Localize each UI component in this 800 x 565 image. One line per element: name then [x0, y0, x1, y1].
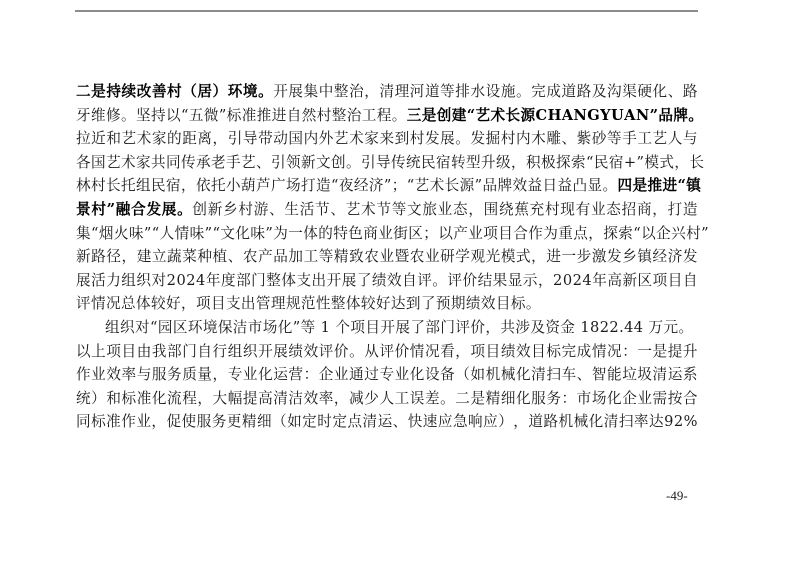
body-text: 定	[332, 410, 347, 434]
body-text: 服	[197, 410, 212, 434]
body-text: 模	[644, 151, 659, 175]
body-text: 和	[106, 387, 121, 411]
body-text: 需	[653, 387, 668, 411]
body-text: 效	[516, 340, 531, 364]
body-text: 等	[319, 245, 334, 269]
bold-text: 品	[658, 104, 673, 128]
body-text: 道	[528, 410, 543, 434]
body-text: 标	[122, 387, 137, 411]
body-text: 准	[137, 387, 152, 411]
body-text: 式	[659, 151, 674, 175]
body-text: 烟	[99, 222, 114, 246]
body-text: 门	[251, 269, 266, 293]
body-text: 凸	[573, 174, 588, 198]
body-text: 、	[228, 245, 243, 269]
body-text: 对	[151, 269, 166, 293]
bold-text: 村	[167, 80, 182, 104]
body-text: 理	[395, 80, 410, 104]
body-text: 洁	[288, 387, 303, 411]
text-line: 牙维修。坚持以“五微”标准推进自然村整治工程。三是创建“艺术长源 CHANGYU…	[76, 104, 698, 128]
body-text: 经	[354, 174, 369, 198]
body-text: 近	[91, 127, 106, 151]
bold-text: N	[636, 104, 650, 128]
body-text: 率	[122, 363, 137, 387]
body-text: 菜	[182, 245, 197, 269]
body-text: 出	[312, 269, 327, 293]
body-text: 效	[387, 269, 402, 293]
body-text: 点	[573, 222, 588, 246]
body-text: ）	[498, 410, 513, 434]
body-text: 效	[513, 174, 528, 198]
body-text: 商	[363, 222, 378, 246]
body-text: 光	[486, 245, 501, 269]
body-text: 态	[606, 198, 621, 222]
body-text: 发	[470, 127, 485, 151]
body-text: 日	[543, 174, 558, 198]
body-text: 排	[455, 80, 470, 104]
body-text: 新	[76, 245, 91, 269]
body-text: 砂	[592, 127, 607, 151]
body-text: 企	[656, 222, 671, 246]
body-text: 导	[376, 151, 391, 175]
bold-text: ）	[213, 80, 228, 104]
body-text: 年	[206, 269, 221, 293]
body-text: 施	[501, 80, 516, 104]
body-text: 术	[349, 127, 364, 151]
body-text: 达	[649, 410, 664, 434]
body-text: 开	[327, 269, 342, 293]
body-text: 如	[287, 410, 302, 434]
body-text: 各	[76, 151, 91, 175]
body-text: 幅	[228, 387, 243, 411]
body-text: ，	[151, 410, 166, 434]
body-text: 新	[301, 151, 316, 175]
bold-text: 合	[131, 198, 146, 222]
body-text: “	[407, 174, 415, 198]
body-text: 机	[559, 410, 574, 434]
body-text: 应	[438, 410, 453, 434]
body-text: 硬	[637, 80, 652, 104]
body-text: 径	[106, 245, 121, 269]
body-text: ，	[334, 387, 349, 411]
body-text: 我	[152, 340, 167, 364]
body-text: 索	[571, 151, 586, 175]
body-text: ”	[701, 222, 709, 246]
body-text: 价	[395, 340, 410, 364]
body-text: 部	[236, 269, 251, 293]
body-text: 一	[637, 340, 652, 364]
body-text: 活	[300, 198, 315, 222]
body-text: 区	[638, 269, 653, 293]
body-text: 村	[545, 198, 560, 222]
body-text: 重	[558, 222, 573, 246]
body-text: 企	[319, 363, 334, 387]
bold-text: 融	[116, 198, 131, 222]
body-text: 村	[410, 127, 425, 151]
body-text: 少	[364, 387, 379, 411]
body-text: 智	[592, 363, 607, 387]
body-text: ：	[304, 363, 319, 387]
body-text: 项	[106, 340, 121, 364]
body-text: 拉	[76, 127, 91, 151]
body-text: 时	[317, 410, 332, 434]
body-text: 门	[182, 340, 197, 364]
body-text: 沟	[607, 80, 622, 104]
body-text: 看	[440, 340, 455, 364]
body-text: 术	[137, 127, 152, 151]
body-text: “	[91, 222, 99, 246]
body-text: “	[152, 222, 160, 246]
body-text: 流	[167, 387, 182, 411]
body-text: 艺	[106, 151, 121, 175]
text-line: 林村长托组民宿，依托小葫芦广场打造“夜经济”；“艺术长源”品牌效益日益凸显。四是…	[76, 174, 698, 198]
body-text: 渠	[622, 80, 637, 104]
body-text: 暨	[395, 245, 410, 269]
body-text: 农	[410, 245, 425, 269]
body-text: 行	[213, 340, 228, 364]
body-text: 文	[407, 198, 422, 222]
body-text: “	[586, 151, 594, 175]
body-text: 发	[607, 245, 622, 269]
body-text: 自	[402, 269, 417, 293]
body-text: 化	[235, 222, 250, 246]
paragraph-lines: 二是持续改善村（居）环境。开展集中整治，清理河道等排水设施。完成道路及沟渠硬化、…	[76, 80, 698, 434]
body-text: ，	[181, 174, 196, 198]
body-text: 路	[577, 80, 592, 104]
body-text: 雕	[546, 127, 561, 151]
body-text: 新	[622, 269, 637, 293]
body-text: 打	[301, 174, 316, 198]
text-line: 作业效率与服务质量，专业化运营：企业通过专业化设备（如机械化清扫车、智能垃圾清运…	[76, 363, 698, 387]
body-text: 垃	[622, 363, 637, 387]
body-text: 务	[546, 387, 561, 411]
body-text: 标	[91, 410, 106, 434]
body-text: 集	[76, 222, 91, 246]
body-text: 工	[637, 127, 652, 151]
body-text: 手	[622, 127, 637, 151]
body-text: 促	[166, 410, 181, 434]
body-text: 研	[440, 245, 455, 269]
body-text: 效	[106, 363, 121, 387]
bold-text: 创	[437, 104, 452, 128]
body-text: 等	[607, 127, 622, 151]
body-text: 自	[683, 269, 698, 293]
body-text: 展	[440, 127, 455, 151]
body-text: 系	[683, 363, 698, 387]
body-text: 服	[531, 387, 546, 411]
body-text: 一	[562, 245, 577, 269]
bold-text: 环	[228, 80, 243, 104]
body-text: 道	[425, 80, 440, 104]
body-text: 济	[668, 245, 683, 269]
body-text: 从	[364, 340, 379, 364]
body-text: ，	[588, 222, 603, 246]
body-text: 乡	[622, 245, 637, 269]
body-text: 镇	[637, 245, 652, 269]
body-text: 积	[526, 151, 541, 175]
body-text: 引	[228, 127, 243, 151]
body-text: 极	[541, 151, 556, 175]
bold-text: 改	[137, 80, 152, 104]
body-text: 高	[607, 269, 622, 293]
body-text: 发	[425, 127, 440, 151]
body-text: 细	[501, 387, 516, 411]
body-text: 完	[562, 340, 577, 364]
body-text: 化	[607, 387, 622, 411]
body-text: 进	[546, 245, 561, 269]
body-text: 国	[91, 151, 106, 175]
body-text: 领	[286, 151, 301, 175]
body-text: 步	[577, 245, 592, 269]
body-text: 等	[392, 198, 407, 222]
body-text: 提	[243, 387, 258, 411]
body-text: 械	[501, 363, 516, 387]
body-text: 创	[331, 151, 346, 175]
body-text: 牌	[498, 174, 513, 198]
body-text: 木	[531, 127, 546, 151]
body-text: 作	[528, 222, 543, 246]
body-text: 区	[408, 222, 423, 246]
body-text: 牙	[76, 104, 91, 128]
body-text: 道	[562, 80, 577, 104]
body-text: 提	[668, 340, 683, 364]
body-text: 自	[197, 340, 212, 364]
body-text: 升	[481, 151, 496, 175]
body-text: 品	[483, 174, 498, 198]
text-line: 评情况总体较好，项目支出管理规范性整体较好达到了预期绩效目标。	[76, 292, 698, 316]
body-text: 村	[91, 174, 106, 198]
body-text: 评	[417, 269, 432, 293]
bold-text: 艺	[476, 104, 491, 128]
bold-text: 发	[146, 198, 161, 222]
body-text: 目	[486, 340, 501, 364]
body-text: ，	[538, 269, 553, 293]
body-text: 目	[668, 269, 683, 293]
body-text: 文	[316, 151, 331, 175]
body-text: 业	[379, 245, 394, 269]
body-text: 目	[531, 340, 546, 364]
body-text: 标	[546, 340, 561, 364]
body-text: 味	[250, 222, 265, 246]
body-text: 定	[302, 410, 317, 434]
body-text: 探	[603, 222, 618, 246]
body-text: 效	[304, 340, 319, 364]
body-text: 示	[523, 269, 538, 293]
body-text: 火	[114, 222, 129, 246]
body-text: 专	[228, 363, 243, 387]
body-text: 二	[455, 387, 470, 411]
body-text: 中	[319, 80, 334, 104]
body-text: 整	[332, 104, 347, 128]
body-text: 设	[425, 363, 440, 387]
body-text: 准	[106, 410, 121, 434]
body-text: 围	[484, 198, 499, 222]
body-text: 作	[76, 363, 91, 387]
body-text: 人	[379, 387, 394, 411]
body-text: 来	[379, 127, 394, 151]
body-text: 情	[410, 340, 425, 364]
body-text: 坚	[136, 104, 151, 128]
body-text: 化	[516, 363, 531, 387]
body-text: ，	[197, 387, 212, 411]
body-text: 0	[176, 269, 186, 293]
body-text: “	[181, 104, 189, 128]
body-text: 价	[334, 340, 349, 364]
body-text: 组	[228, 340, 243, 364]
body-text: 。	[516, 80, 531, 104]
body-text: 开	[258, 340, 273, 364]
body-text: 特	[333, 222, 348, 246]
body-text: 宿	[166, 174, 181, 198]
body-text: 掘	[486, 127, 501, 151]
bold-text: “	[678, 174, 687, 198]
body-text: 程	[182, 387, 197, 411]
body-text: 观	[470, 245, 485, 269]
body-text: %	[684, 410, 698, 434]
body-text: 源	[460, 174, 475, 198]
body-text: 及	[592, 80, 607, 104]
body-text: ；	[423, 222, 438, 246]
body-text: 葫	[241, 174, 256, 198]
body-text: 承	[196, 151, 211, 175]
body-text: 。	[440, 387, 455, 411]
body-text: （	[272, 410, 287, 434]
body-text: 导	[243, 127, 258, 151]
body-text: 情	[592, 340, 607, 364]
body-text: 化	[516, 387, 531, 411]
body-text: 艺	[346, 198, 361, 222]
body-text: 。	[455, 127, 470, 151]
body-text: 设	[486, 80, 501, 104]
body-text: 展	[342, 269, 357, 293]
body-text: 是	[470, 387, 485, 411]
body-text: 路	[91, 245, 106, 269]
body-text: 差	[425, 387, 440, 411]
body-text: 微	[204, 104, 219, 128]
body-text: 艺	[241, 151, 256, 175]
body-text: 速	[423, 410, 438, 434]
body-text: 响	[468, 410, 483, 434]
body-text: 合	[683, 387, 698, 411]
body-text: ，	[213, 363, 228, 387]
body-text: 业	[378, 222, 393, 246]
body-text: 市	[577, 387, 592, 411]
body-text: 味	[129, 222, 144, 246]
body-text: 大	[213, 387, 228, 411]
body-text: 业	[136, 410, 151, 434]
body-text: 内	[516, 127, 531, 151]
body-text: 离	[197, 127, 212, 151]
body-text: 进	[272, 104, 287, 128]
body-text: ，	[364, 80, 379, 104]
body-text: 致	[349, 245, 364, 269]
body-text: 与	[683, 127, 698, 151]
body-text: 村	[317, 104, 332, 128]
body-text: 村	[686, 222, 701, 246]
body-text: 果	[493, 269, 508, 293]
body-text: 量	[197, 363, 212, 387]
body-text: 场	[592, 387, 607, 411]
body-text: ，	[511, 151, 526, 175]
body-text: 化	[410, 363, 425, 387]
body-text: 业	[591, 198, 606, 222]
body-text: 以	[166, 104, 181, 128]
body-text: 0	[563, 269, 573, 293]
body-text: 备	[440, 363, 455, 387]
body-text: 艺	[653, 127, 668, 151]
body-text: 依	[196, 174, 211, 198]
body-text: 级	[496, 151, 511, 175]
body-text: 街	[393, 222, 408, 246]
body-text: 以	[641, 222, 656, 246]
body-text: “	[633, 222, 641, 246]
body-text: 了	[357, 269, 372, 293]
body-text: 的	[318, 222, 333, 246]
body-text: 、	[330, 198, 345, 222]
bold-text: 进	[663, 174, 678, 198]
body-text: 显	[588, 174, 603, 198]
body-text: 绩	[372, 269, 387, 293]
text-line: 以上项目由我部门自行组织开展绩效评价。从评价情况看，项目绩效目标完成情况：一是提…	[76, 340, 698, 364]
body-text: 治	[347, 104, 362, 128]
body-text: 艺	[334, 127, 349, 151]
bold-text: 三	[407, 104, 422, 128]
body-text: 业	[438, 198, 453, 222]
body-text: 人	[668, 127, 683, 151]
body-text: 益	[528, 174, 543, 198]
body-text: 体	[303, 222, 318, 246]
body-text: 、	[668, 80, 683, 104]
bold-text: 是	[91, 80, 106, 104]
body-text: 务	[212, 410, 227, 434]
text-line: 同标准作业，促使服务更精细（如定时定点清运、快速应急响应），道路机械化清扫率达 …	[76, 410, 698, 434]
body-text: 上	[91, 340, 106, 364]
body-text: 、	[393, 410, 408, 434]
body-text: 化	[653, 80, 668, 104]
bold-text: C	[536, 104, 548, 128]
body-text: 艺	[122, 127, 137, 151]
body-text: 评	[319, 340, 334, 364]
body-text: 农	[364, 245, 379, 269]
body-text: 集	[304, 80, 319, 104]
body-text: ；	[392, 174, 407, 198]
body-text: 然	[302, 104, 317, 128]
body-text: 况	[425, 340, 440, 364]
body-text: 兴	[671, 222, 686, 246]
body-text: 如	[470, 363, 485, 387]
body-text: 造	[316, 174, 331, 198]
body-text: 加	[288, 245, 303, 269]
body-text: 济	[369, 174, 384, 198]
body-text: 动	[273, 127, 288, 151]
body-text: 治	[349, 80, 364, 104]
body-text: 为	[543, 222, 558, 246]
bold-text: 村	[91, 198, 106, 222]
body-text: 长	[689, 151, 704, 175]
body-text: 紫	[577, 127, 592, 151]
bold-text: N	[574, 104, 588, 128]
body-text: 现	[560, 198, 575, 222]
body-text: 准	[242, 104, 257, 128]
body-text: 目	[122, 340, 137, 364]
body-text: 家	[152, 127, 167, 151]
body-text: 机	[486, 363, 501, 387]
body-text: 。	[603, 174, 618, 198]
body-text: 国	[288, 127, 303, 151]
body-text: 展	[288, 80, 303, 104]
body-text: 作	[121, 410, 136, 434]
body-text: 评	[379, 340, 394, 364]
